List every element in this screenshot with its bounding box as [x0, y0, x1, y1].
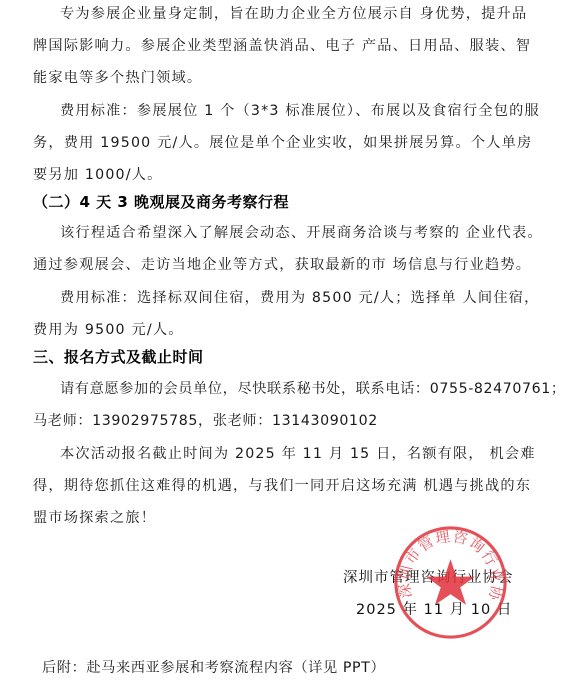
paragraph-line: 专为参展企业量身定制，旨在助力企业全方位展示自 身优势，提升品 — [60, 3, 527, 23]
contact-line: 请有意愿参加的会员单位，尽快联系秘书处，联系电话：0755-82470761； — [60, 378, 563, 398]
contact-line: 马老师：13902975785，张老师：13143090102 — [33, 410, 378, 430]
paragraph-line: 通过参观展会、走访当地企业等方式，获取最新的市 场信息与行业趋势。 — [33, 254, 531, 274]
section-heading-tour: （二）4 天 3 晚观展及商务考察行程 — [33, 191, 289, 212]
deadline-line: 得，期待您抓住这难得的机遇，与我们一同开启这场充满 机遇与挑战的东 — [33, 475, 531, 495]
fee-standard-line: 务，费用 19500 元/人。展位是单个企业实收，如果拼展另算。个人单房 — [33, 132, 532, 152]
paragraph-line: 牌国际影响力。参展企业类型涵盖快消品、电子 产品、日用品、服装、智 — [33, 35, 531, 55]
fee-standard-line: 要另加 1000/人。 — [33, 164, 163, 184]
fee-standard-line: 费用标准：选择标双间住宿，费用为 8500 元/人；选择单 人间住宿， — [60, 287, 539, 307]
deadline-line: 本次活动报名截止时间为 2025 年 11 月 15 日，名额有限， 机会难 — [60, 443, 536, 463]
attachment-note: 后附：赴马来西亚参展和考察流程内容（详见 PPT） — [42, 657, 385, 677]
fee-standard-line: 费用为 9500 元/人。 — [33, 319, 184, 339]
paragraph-line: 该行程适合希望深入了解展会动态、开展商务洽谈与考察的 企业代表。 — [60, 222, 543, 242]
deadline-line: 盟市场探索之旅！ — [33, 507, 156, 527]
fee-standard-line: 费用标准：参展展位 1 个（3*3 标准展位）、布展以及食宿行全包的服 — [60, 100, 540, 120]
official-seal-icon: 深圳市管理咨询行业协会 — [392, 524, 509, 641]
section-heading-registration: 三、报名方式及截止时间 — [33, 346, 204, 367]
paragraph-line: 能家电等多个热门领域。 — [33, 67, 202, 87]
